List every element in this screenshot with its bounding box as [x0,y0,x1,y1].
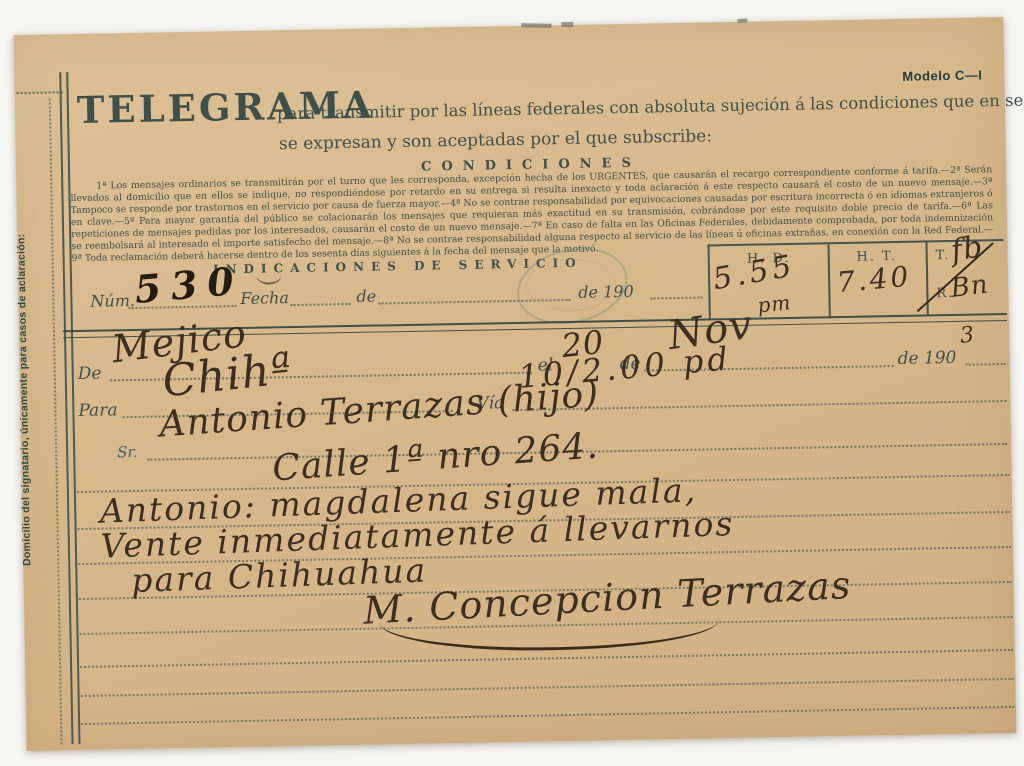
perforation-dots [17,91,63,94]
handwritten-mark [256,274,282,284]
service-hours-table: H. D. H. T. T. R. 5.55 pm 7.40 fb Bn [707,239,1004,320]
telegram-form-paper: Modelo C—I Domicilio del signatario, úni… [14,17,1017,751]
signer-domicile-margin-note: Domicilio del signatario, únicamente par… [14,185,44,615]
ruled-line [78,706,1014,725]
signature-flourish [380,619,720,650]
form-model-label: Modelo C—I [902,67,982,83]
handwritten-t-entry: fb [948,229,985,269]
form-subtitle-line1: para transmitir por las líneas federales… [277,90,1024,124]
scan-artifact [737,19,747,23]
ruled-line [77,649,1013,668]
fecha-fill-line [290,287,350,306]
fecha-label: Fecha [240,288,289,308]
scan-artifact [561,22,573,27]
handwritten-telegram-number: 530 [133,257,246,311]
sr-label: Sr. [117,443,138,461]
ruled-line [78,678,1014,697]
left-dotted-rule [49,98,63,744]
origin-year-fill-line [965,347,1005,366]
year-fill-line [650,281,702,300]
table-divider [925,242,928,316]
handwritten-ht-time: 7.40 [836,260,913,299]
handwritten-hd-meridiem: pm [756,290,792,317]
scan-artifact [521,23,551,27]
origin-year-label: de 190 [897,348,956,369]
origin-de-label: De [78,364,102,384]
de-label-num-row: de [356,287,376,306]
col-header-t: T. [936,248,951,263]
para-label: Para [78,400,117,421]
handwritten-year-digit: 3 [959,322,977,348]
